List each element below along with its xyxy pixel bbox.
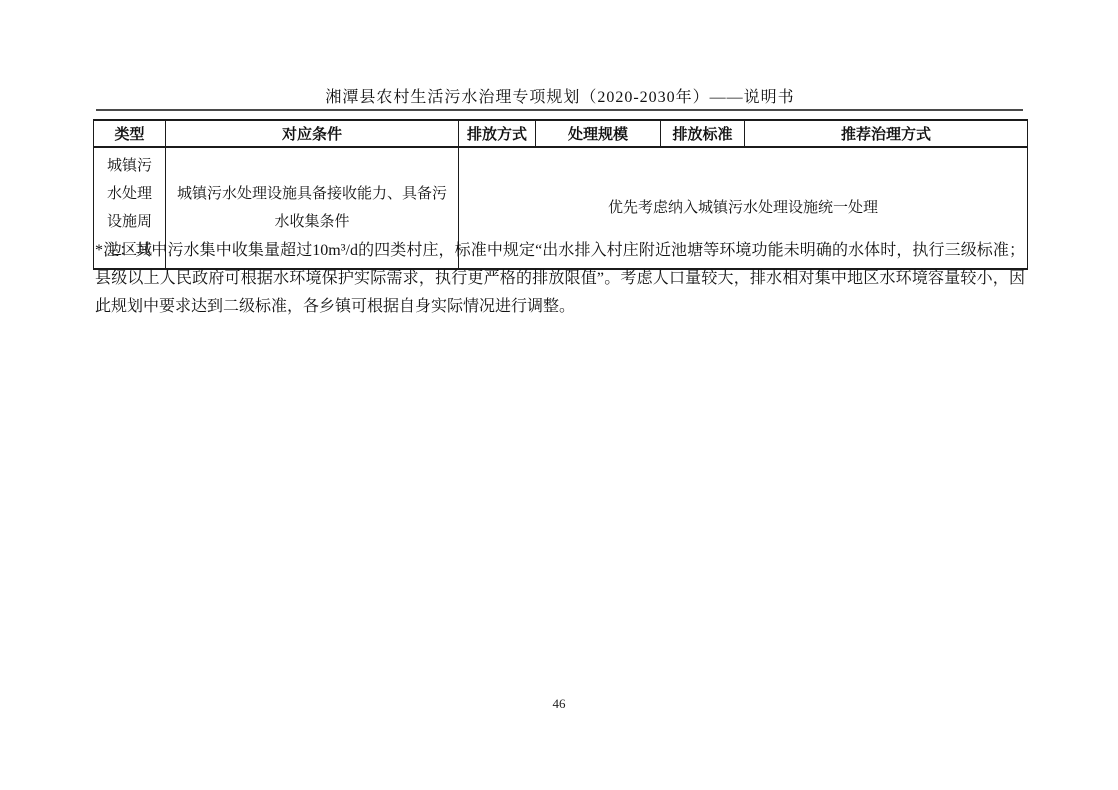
column-header-standard: 排放标准 bbox=[661, 120, 745, 147]
page-number: 46 bbox=[0, 696, 1118, 712]
footnote-text: *注：其中污水集中收集量超过10m³/d的四类村庄，标准中规定“出水排入村庄附近… bbox=[95, 237, 1025, 321]
document-page: 湘潭县农村生活污水治理专项规划（2020-2030年）——说明书 类型 对应条件… bbox=[0, 0, 1118, 790]
table-header-row: 类型 对应条件 排放方式 处理规模 排放标准 推荐治理方式 bbox=[94, 120, 1028, 147]
header-title: 湘潭县农村生活污水治理专项规划（2020-2030年）——说明书 bbox=[95, 84, 1025, 107]
column-header-type: 类型 bbox=[94, 120, 166, 147]
column-header-recommendation: 推荐治理方式 bbox=[745, 120, 1028, 147]
column-header-discharge-mode: 排放方式 bbox=[459, 120, 536, 147]
column-header-scale: 处理规模 bbox=[536, 120, 661, 147]
header-rule bbox=[96, 109, 1023, 111]
column-header-condition: 对应条件 bbox=[166, 120, 459, 147]
